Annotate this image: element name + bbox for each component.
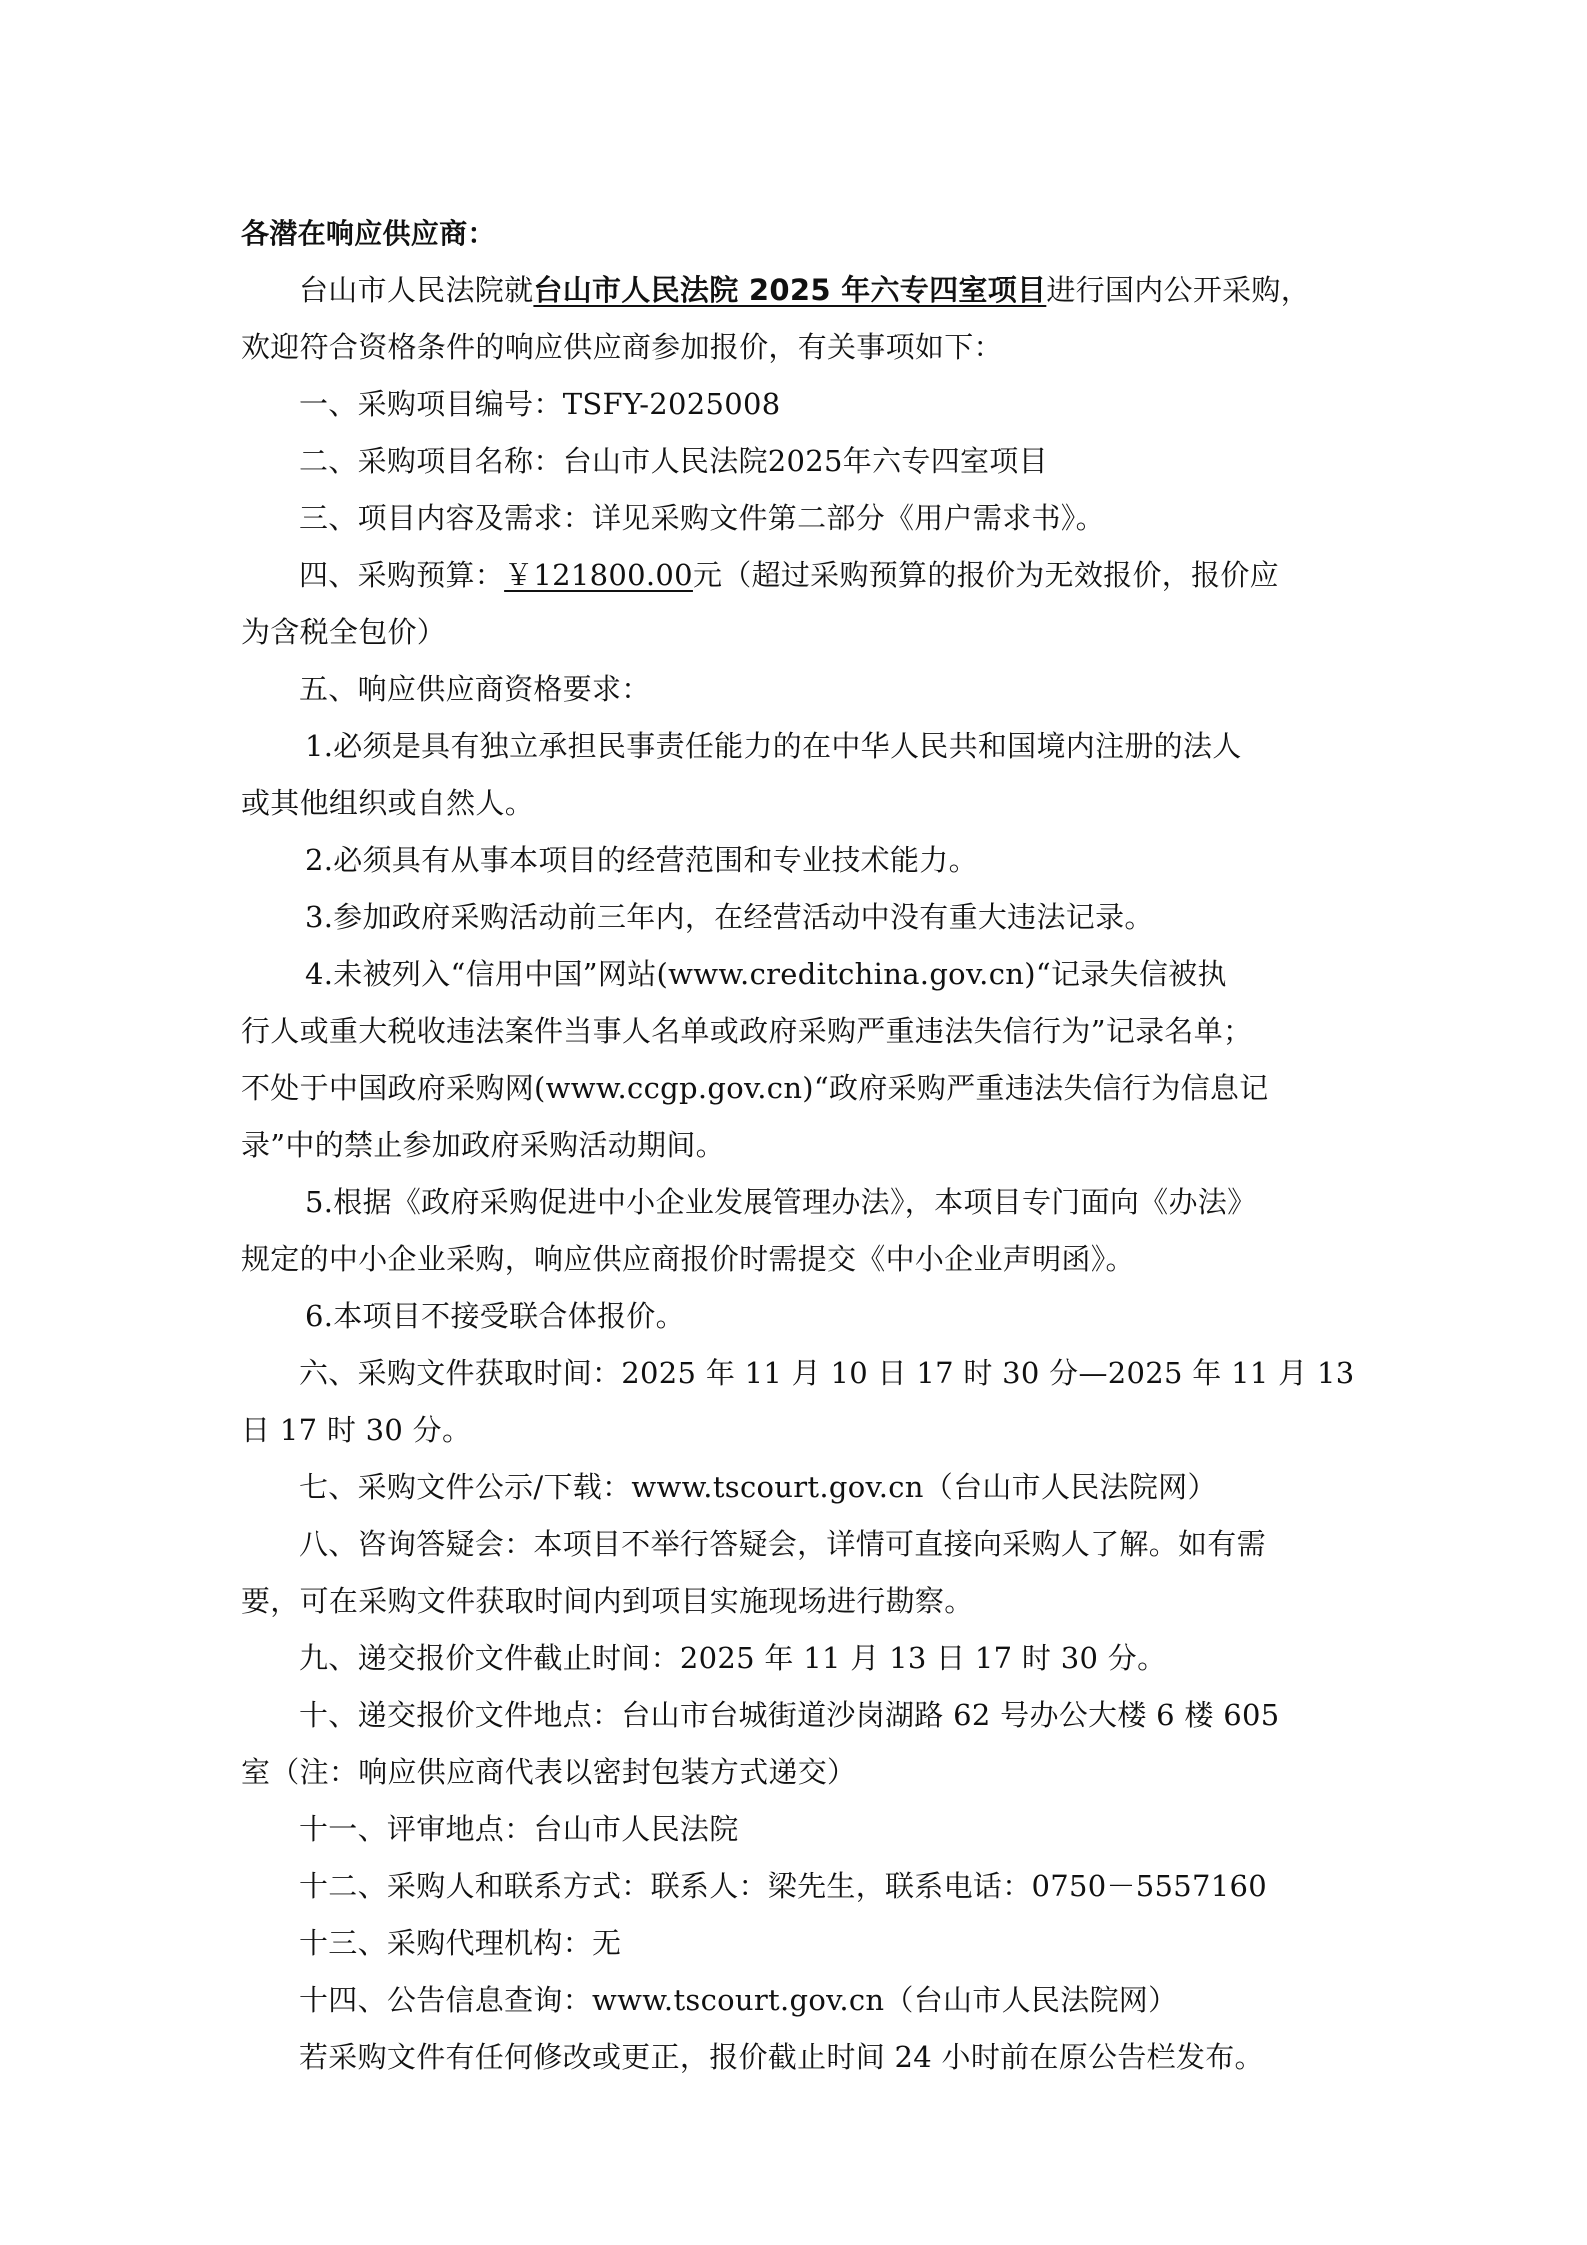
intro-prefix: 台山市人民法院就	[299, 273, 533, 307]
item-qa-line2: 要，可在采购文件获取时间内到项目实施现场进行勘察。	[241, 1573, 1356, 1630]
intro-paragraph-line2: 欢迎符合资格条件的响应供应商参加报价，有关事项如下：	[241, 319, 1356, 376]
closing-note: 若采购文件有任何修改或更正，报价截止时间 24 小时前在原公告栏发布。	[241, 2029, 1356, 2086]
item-review-location: 十一、评审地点：台山市人民法院	[241, 1801, 1356, 1858]
item-budget-line1: 四、采购预算：￥121800.00元（超过采购预算的报价为无效报价，报价应	[241, 547, 1356, 604]
item-document-period-line1: 六、采购文件获取时间：2025 年 11 月 10 日 17 时 30 分—20…	[241, 1345, 1356, 1402]
item-qa-line1: 八、咨询答疑会：本项目不举行答疑会，详情可直接向采购人了解。如有需	[241, 1516, 1356, 1573]
item-announcement-query: 十四、公告信息查询：www.tscourt.gov.cn（台山市人民法院网）	[241, 1972, 1356, 2029]
item-qualification-heading: 五、响应供应商资格要求：	[241, 661, 1356, 718]
item-project-name: 二、采购项目名称：台山市人民法院2025年六专四室项目	[241, 433, 1356, 490]
item-agency: 十三、采购代理机构：无	[241, 1915, 1356, 1972]
item-contact: 十二、采购人和联系方式：联系人：梁先生，联系电话：0750－5557160	[241, 1858, 1356, 1915]
item-submission-location-line2: 室（注：响应供应商代表以密封包装方式递交）	[241, 1744, 1356, 1801]
project-name-underlined: 台山市人民法院 2025 年六专四室项目	[533, 273, 1046, 307]
intro-suffix: 进行国内公开采购，	[1046, 273, 1310, 307]
item-document-download: 七、采购文件公示/下载：www.tscourt.gov.cn（台山市人民法院网）	[241, 1459, 1356, 1516]
item-project-number: 一、采购项目编号：TSFY-2025008	[241, 376, 1356, 433]
item-submission-deadline: 九、递交报价文件截止时间：2025 年 11 月 13 日 17 时 30 分。	[241, 1630, 1356, 1687]
requirement-2: 2.必须具有从事本项目的经营范围和专业技术能力。	[241, 832, 1356, 889]
requirement-4-line1: 4.未被列入“信用中国”网站(www.creditchina.gov.cn)“记…	[241, 946, 1356, 1003]
budget-amount: ￥121800.00	[504, 558, 693, 592]
item-document-period-line2: 日 17 时 30 分。	[241, 1402, 1356, 1459]
requirement-1-line2: 或其他组织或自然人。	[241, 775, 1356, 832]
requirement-4-line2: 行人或重大税收违法案件当事人名单或政府采购严重违法失信行为”记录名单；	[241, 1003, 1356, 1060]
item-project-content: 三、项目内容及需求：详见采购文件第二部分《用户需求书》。	[241, 490, 1356, 547]
budget-note: 元（超过采购预算的报价为无效报价，报价应	[693, 558, 1279, 592]
requirement-3: 3.参加政府采购活动前三年内，在经营活动中没有重大违法记录。	[241, 889, 1356, 946]
requirement-4-line4: 录”中的禁止参加政府采购活动期间。	[241, 1117, 1356, 1174]
requirement-6: 6.本项目不接受联合体报价。	[241, 1288, 1356, 1345]
item-budget-line2: 为含税全包价）	[241, 604, 1356, 661]
budget-label: 四、采购预算：	[299, 558, 504, 592]
requirement-5-line1: 5.根据《政府采购促进中小企业发展管理办法》，本项目专门面向《办法》	[241, 1174, 1356, 1231]
intro-paragraph-line1: 台山市人民法院就台山市人民法院 2025 年六专四室项目进行国内公开采购，	[241, 262, 1356, 319]
requirement-5-line2: 规定的中小企业采购，响应供应商报价时需提交《中小企业声明函》。	[241, 1231, 1356, 1288]
requirement-4-line3: 不处于中国政府采购网(www.ccgp.gov.cn)“政府采购严重违法失信行为…	[241, 1060, 1356, 1117]
requirement-1-line1: 1.必须是具有独立承担民事责任能力的在中华人民共和国境内注册的法人	[241, 718, 1356, 775]
salutation: 各潜在响应供应商：	[241, 205, 1356, 262]
item-submission-location-line1: 十、递交报价文件地点：台山市台城街道沙岗湖路 62 号办公大楼 6 楼 605	[241, 1687, 1356, 1744]
document-page: 各潜在响应供应商： 台山市人民法院就台山市人民法院 2025 年六专四室项目进行…	[241, 205, 1356, 2086]
